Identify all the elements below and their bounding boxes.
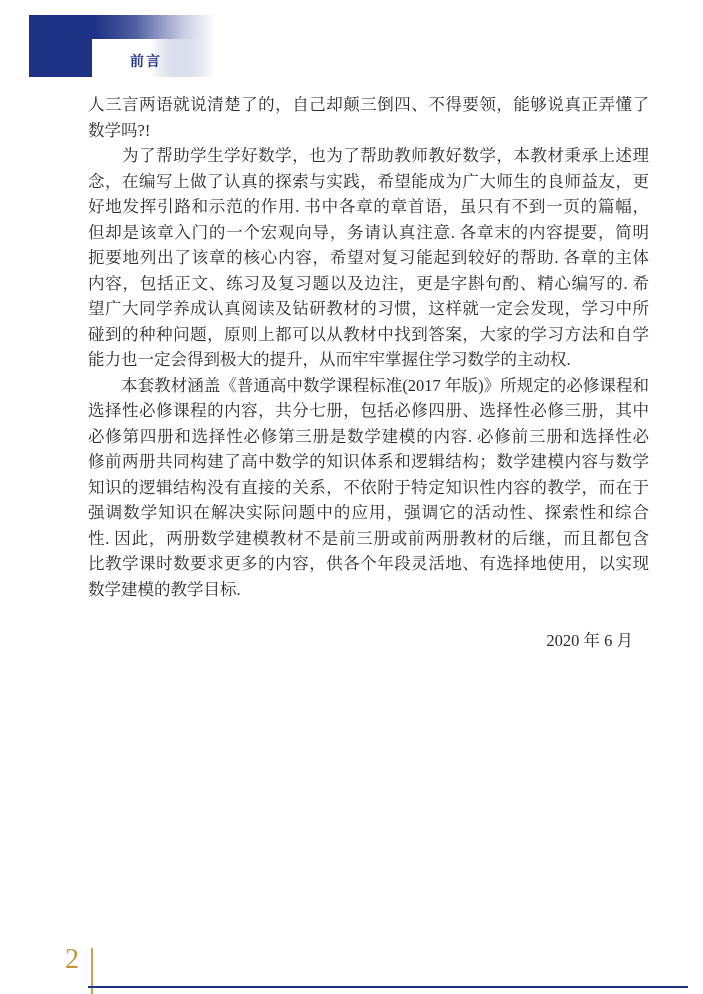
header-band: 前言	[29, 15, 221, 77]
text-line: 知识的逻辑结构没有直接的关系，不依附于特定知识性内容的教学，而在于	[88, 475, 649, 501]
text-line: 比教学课时数要求更多的内容，供各个年段灵活地、有选择地使用，以实现	[88, 551, 649, 577]
text-line: 扼要地列出了该章的核心内容，希望对复习能起到较好的帮助. 各章的主体	[88, 245, 649, 271]
text-line: 好地发挥引路和示范的作用. 书中各章的章首语，虽只有不到一页的篇幅，	[88, 194, 649, 220]
text-line: 碰到的种种问题，原则上都可以从教材中找到答案，大家的学习方法和自学	[88, 322, 649, 348]
text-line: 修前两册共同构建了高中数学的知识体系和逻辑结构；数学建模内容与数学	[88, 449, 649, 475]
header-label-box: 前言	[92, 39, 200, 83]
text-line: 但却是该章入门的一个宏观向导，务请认真注意. 各章末的内容提要，简明	[88, 220, 649, 246]
preface-page: 前言 人三言两语就说清楚了的，自己却颠三倒四、不得要领，能够说真正弄懂了数学吗?…	[0, 0, 703, 994]
text-line: 选择性必修课程的内容，共分七册，包括必修四册、选择性必修三册，其中	[88, 398, 649, 424]
text-line: 为了帮助学生学好数学，也为了帮助教师教好数学，本教材秉承上述理	[88, 143, 649, 169]
text-line: 数学吗?!	[88, 118, 649, 144]
text-line: 人三言两语就说清楚了的，自己却颠三倒四、不得要领，能够说真正弄懂了	[88, 92, 649, 118]
text-line: 强调数学知识在解决实际问题中的应用，强调它的活动性、探索性和综合	[88, 500, 649, 526]
text-line: 性. 因此，两册数学建模教材不是前三册或前两册教材的后继，而且都包含	[88, 526, 649, 552]
text-line: 望广大同学养成认真阅读及钻研教材的习惯，这样就一定会发现，学习中所	[88, 296, 649, 322]
text-line: 念，在编写上做了认真的探索与实践，希望能成为广大师生的良师益友，更	[88, 169, 649, 195]
text-line: 本套教材涵盖《普通高中数学课程标准(2017 年版)》所规定的必修课程和	[88, 373, 649, 399]
text-line: 必修第四册和选择性必修第三册是数学建模的内容. 必修前三册和选择性必	[88, 424, 649, 450]
text-line: 数学建模的教学目标.	[88, 577, 649, 603]
date-line: 2020 年 6 月	[88, 628, 649, 654]
page-number: 2	[56, 944, 88, 976]
text-line: 内容，包括正文、练习及复习题以及边注，更是字斟句酌、精心编写的. 希	[88, 271, 649, 297]
footer-rule-line	[88, 986, 688, 988]
text-line: 能力也一定会得到极大的提升，从而牢牢掌握住学习数学的主动权.	[88, 347, 649, 373]
body-text: 人三言两语就说清楚了的，自己却颠三倒四、不得要领，能够说真正弄懂了数学吗?! 为…	[88, 92, 649, 654]
page-title: 前言	[130, 39, 162, 83]
